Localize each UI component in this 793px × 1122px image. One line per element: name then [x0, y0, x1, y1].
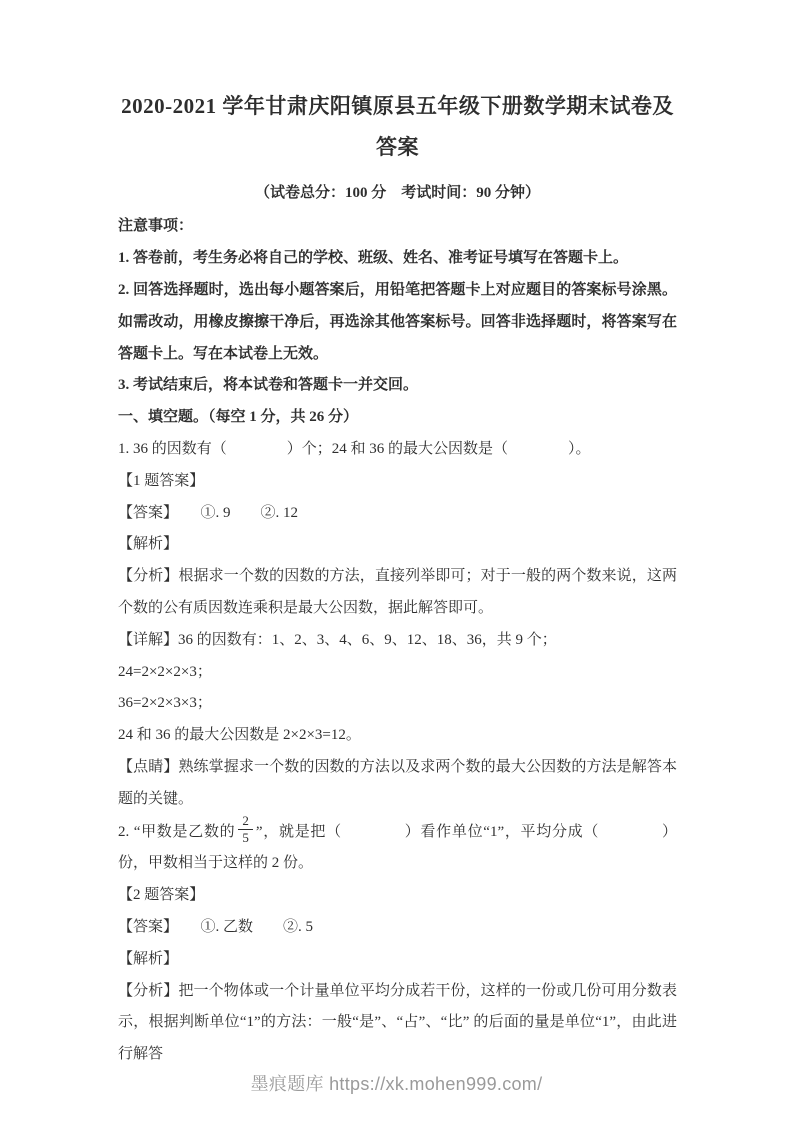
answer-1-gcd-conclusion: 24 和 36 的最大公因数是 2×2×3=12。 [118, 720, 677, 752]
exam-document-page: 2020-2021 学年甘肃庆阳镇原县五年级下册数学期末试卷及 答案 （试卷总分… [0, 0, 793, 1122]
document-title-line-1: 2020-2021 学年甘肃庆阳镇原县五年级下册数学期末试卷及 [118, 86, 677, 127]
answer-1-analysis: 【分析】根据求一个数的因数的方法，直接列举即可；对于一般的两个数来说，这两个数的… [118, 561, 677, 625]
fraction-numerator: 2 [238, 814, 253, 831]
notice-item-3: 3. 考试结束后，将本试卷和答题卡一并交回。 [118, 370, 677, 402]
answer-2-header: 【2 题答案】 [118, 880, 677, 912]
answer-1-equation-36: 36=2×2×3×3； [118, 688, 677, 720]
document-title: 2020-2021 学年甘肃庆阳镇原县五年级下册数学期末试卷及 答案 [118, 86, 677, 168]
answer-1-jiexi-label: 【解析】 [118, 529, 677, 561]
section-1-heading: 一、填空题。（每空 1 分，共 26 分） [118, 402, 677, 434]
fraction-denominator: 5 [238, 830, 253, 846]
fraction-two-fifths: 25 [238, 814, 253, 847]
question-2: 2. “甲数是乙数的25”，就是把（ ）看作单位“1”，平均分成（ ）份，甲数相… [118, 816, 677, 881]
answer-2-analysis: 【分析】把一个物体或一个计量单位平均分成若干份，这样的一份或几份可用分数表示，根… [118, 976, 677, 1071]
answer-1-equation-24: 24=2×2×2×3； [118, 657, 677, 689]
answer-1-line: 【答案】 ①. 9 ②. 12 [118, 498, 677, 530]
answer-1-point: 【点睛】熟练掌握求一个数的因数的方法以及求两个数的最大公因数的方法是解答本题的关… [118, 752, 677, 816]
exam-info: （试卷总分：100 分 考试时间：90 分钟） [118, 178, 677, 210]
notice-item-2: 2. 回答选择题时，选出每小题答案后，用铅笔把答题卡上对应题目的答案标号涂黑。如… [118, 275, 677, 370]
answer-1-header: 【1 题答案】 [118, 466, 677, 498]
question-1: 1. 36 的因数有（ ）个；24 和 36 的最大公因数是（ ）。 [118, 434, 677, 466]
answer-2-jiexi-label: 【解析】 [118, 944, 677, 976]
notice-item-1: 1. 答卷前，考生务必将自己的学校、班级、姓名、准考证号填写在答题卡上。 [118, 243, 677, 275]
question-2-text-before: 2. “甲数是乙数的 [118, 823, 235, 839]
answer-2-line: 【答案】 ①. 乙数 ②. 5 [118, 912, 677, 944]
document-title-line-2: 答案 [118, 127, 677, 168]
notice-heading: 注意事项： [118, 211, 677, 243]
site-watermark: 墨痕题库 https://xk.mohen999.com/ [0, 1070, 793, 1096]
answer-1-detail: 【详解】36 的因数有：1、2、3、4、6、9、12、18、36，共 9 个； [118, 625, 677, 657]
